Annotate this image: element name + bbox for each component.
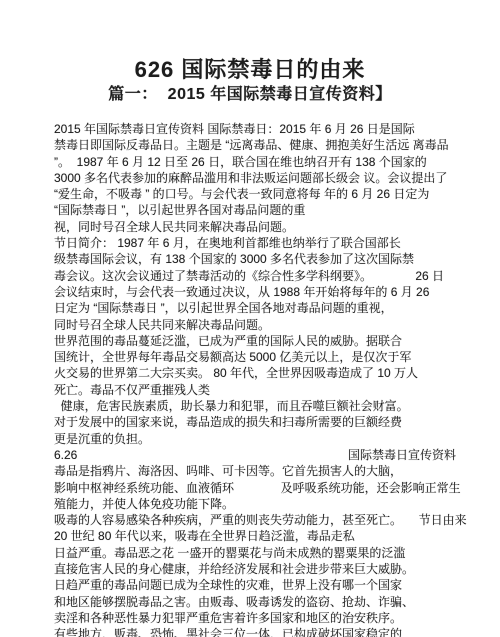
- body-line: 对于发展中的国家来说，毒品造成的损失和扫毒所需要的巨额经费: [54, 414, 456, 430]
- body-line: 更是沉重的负担。: [54, 431, 456, 447]
- document-body: 2015 年国际禁毒日宣传资料 国际禁毒日：2015 年 6 月 26 日是国际…: [54, 121, 456, 637]
- body-line: 日定为 “国际禁毒日 ”，以引起世界全国各地对毒品问题的重视，: [54, 300, 456, 316]
- body-line: 视，同时号召全球人民共同来解决毒品问题。: [54, 219, 456, 235]
- body-line: “国际禁毒日 ”，以引起世界各国对毒品问题的重: [54, 202, 456, 218]
- body-line: 火交易的世界第二大宗买卖。 80 年代，全世界因吸毒造成了 10 万人: [54, 365, 456, 381]
- body-line: 健康，危害民族素质，助长暴力和犯罪，而且吞噬巨额社会财富。: [54, 398, 456, 414]
- body-line: 毒会议。这次会议通过了禁毒活动的《综合性多学科纲要》。 26 日: [54, 268, 456, 284]
- body-line: 殖能力，并使人体免疫功能下降。: [54, 496, 456, 512]
- body-line: 3000 多名代表参加的麻醉品滥用和非法贩运问题部长级会 议。会议提出了: [54, 170, 456, 186]
- body-line: 死亡。毒品不仅严重摧残人类: [54, 382, 456, 398]
- body-line: “爱生命，不吸毒 ” 的口号。与会代表一致同意将每 年的 6 月 26 日定为: [54, 186, 456, 202]
- document-title: 626 国际禁毒日的由来: [0, 57, 500, 83]
- body-line: 国统计，全世界每年毒品交易额高达 5000 亿美元以上，是仅次于军: [54, 349, 456, 365]
- body-line: 直接危害人民的身心健康，并给经济发展和社会进步带来巨大威胁。: [54, 561, 456, 577]
- body-line: 20 世纪 80 年代以来，吸毒在全世界日趋泛滥，毒品走私: [54, 528, 456, 544]
- body-line: 日趋严重的毒品问题已成为全球性的灾难，世界上没有哪一个国家: [54, 577, 456, 593]
- body-line: 世界范围的毒品蔓延泛滥，已成为严重的国际人民的威胁。据联合: [54, 333, 456, 349]
- body-line: 同时号召全球人民共同来解决毒品问题。: [54, 317, 456, 333]
- body-line: 6.26国际禁毒日宣传资料: [54, 447, 456, 463]
- body-line: 和地区能够摆脱毒品之害。由贩毒、吸毒诱发的盗窃、抢劫、诈骗、: [54, 594, 456, 610]
- body-line-right-text: 国际禁毒日宣传资料: [348, 447, 456, 463]
- body-line: ”。 1987 年 6 月 12 日至 26 日，联合国在维也纳召开有 138 …: [54, 154, 456, 170]
- body-line: 节日简介： 1987 年 6 月，在奥地利首都维也纳举行了联合国部长: [54, 235, 456, 251]
- body-line: 级禁毒国际会议，有 138 个国家的 3000 多名代表参加了这次国际禁: [54, 251, 456, 267]
- body-line: 日益严重。毒品恶之花 一盛开的罂粟花与尚未成熟的罂粟果的泛滥: [54, 545, 456, 561]
- body-line: 有些地方，贩毒、恐怖、黑社会三位一体，已构成破坏国家稳定的: [54, 626, 456, 637]
- body-line: 卖淫和各种恶性暴力犯罪严重危害着许多国家和地区的治安秩序。: [54, 610, 456, 626]
- body-line: 吸毒的人容易感染各种疾病，严重的则丧失劳动能力，甚至死亡。 节日由来: [54, 512, 456, 528]
- body-line: 会议结束时，与会代表一致通过决议，从 1988 年开始将每年的 6 月 26: [54, 284, 456, 300]
- body-line: 2015 年国际禁毒日宣传资料 国际禁毒日：2015 年 6 月 26 日是国际: [54, 121, 456, 137]
- document-page: 626 国际禁毒日的由来 篇一： 2015 年国际禁毒日宣传资料】 2015 年…: [0, 0, 500, 637]
- body-line: 毒品是指鸦片、海洛因、吗啡、可卡因等。它首先损害人的大脑，: [54, 463, 456, 479]
- body-line-left-text: 6.26: [54, 447, 77, 463]
- body-line: 禁毒日即国际反毒品日。主题是 “远离毒品、健康、拥抱美好生活远 离毒品: [54, 137, 456, 153]
- body-line: 影响中枢神经系统功能、血液循环 及呼吸系统功能，还会影响正常生: [54, 480, 456, 496]
- document-subtitle: 篇一： 2015 年国际禁毒日宣传资料】: [0, 85, 500, 104]
